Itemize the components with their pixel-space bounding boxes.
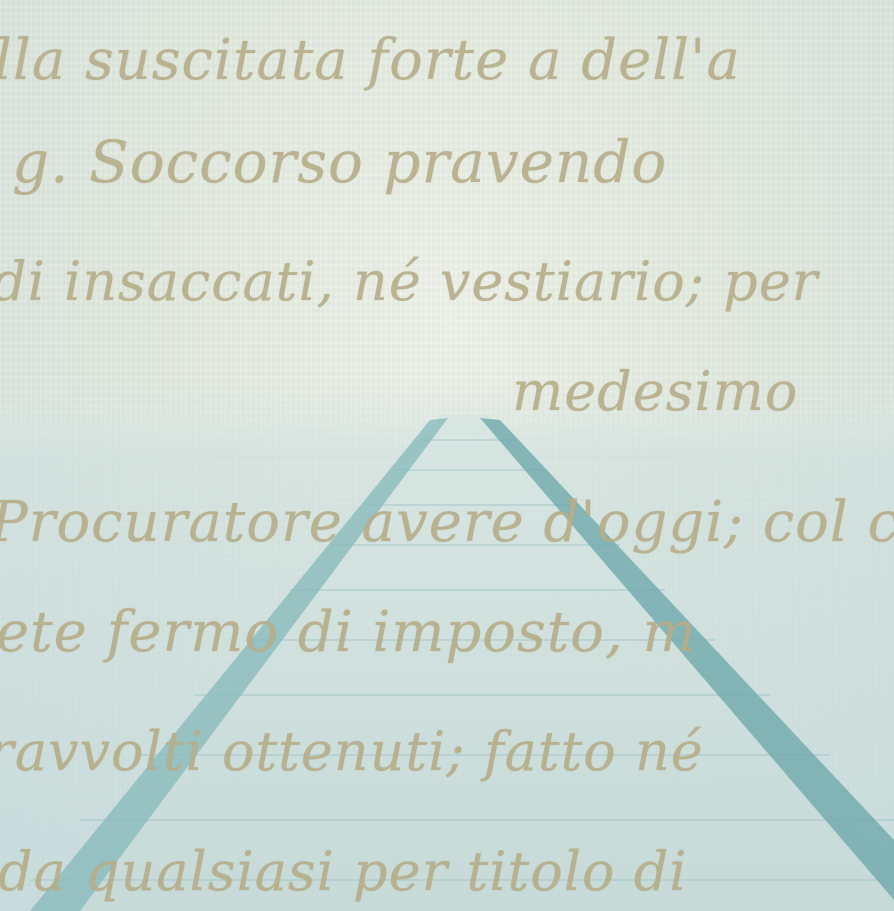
handwriting-line-7: ravvolti ottenuti; fatto né [0, 720, 704, 783]
photo-canvas: lla suscitata forte a dell'a g. Soccorso… [0, 0, 894, 911]
handwriting-line-4: medesimo [512, 360, 798, 423]
handwriting-line-8: da qualsiasi per titolo di [0, 840, 688, 903]
handwriting-line-3: di insaccati, né vestiario; per [0, 250, 818, 313]
handwriting-line-2: g. Soccorso pravendo [12, 128, 667, 196]
handwriting-line-5: Procuratore avere d'oggi; col ca [0, 490, 894, 555]
handwriting-line-1: lla suscitata forte a dell'a [0, 28, 741, 93]
handwriting-line-6: ete fermo di imposto, m [0, 600, 697, 665]
